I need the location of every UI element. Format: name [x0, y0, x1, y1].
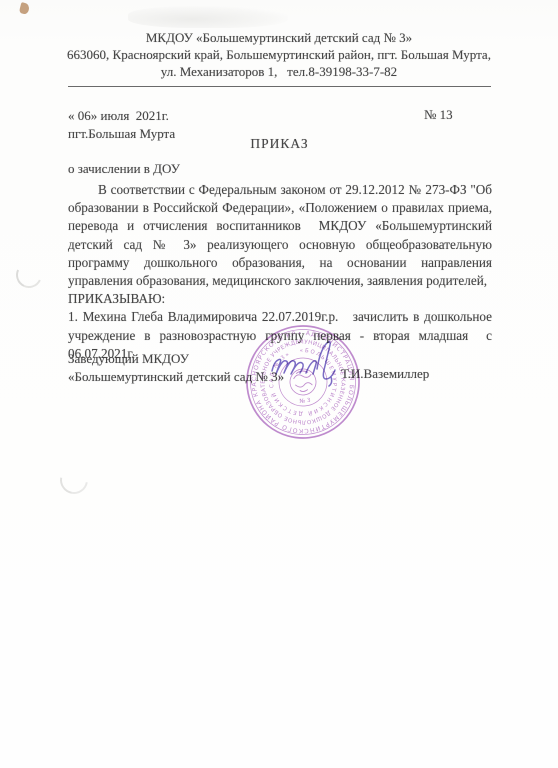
scan-smudge: [128, 6, 288, 28]
letterhead-address: 663060, Красноярский край, Большемуртинс…: [40, 46, 518, 63]
document-title: ПРИКАЗ: [68, 136, 491, 152]
letterhead-street-phone: ул. Механизаторов 1, тел.8-39198-33-7-82: [40, 63, 518, 80]
letterhead-org-name: МКДОУ «Большемуртинский детский сад № 3»: [40, 29, 518, 46]
letterhead: МКДОУ «Большемуртинский детский сад № 3»…: [40, 29, 518, 80]
document-number: № 13: [424, 107, 453, 123]
scan-crescent-mark: [55, 461, 94, 500]
scan-crescent-mark: [12, 258, 45, 291]
decree-word: ПРИКАЗЫВАЮ:: [68, 290, 492, 308]
body-paragraph: В соответствии с Федеральным законом от …: [68, 181, 492, 290]
stamp-center-number: № 3: [299, 398, 311, 405]
document-subject: о зачислении в ДОУ: [68, 161, 180, 177]
signature-scribble: [268, 337, 364, 391]
document-date: « 06» июля 2021г.: [68, 107, 175, 125]
scan-speck: [19, 2, 30, 15]
document-page: МКДОУ «Большемуртинский детский сад № 3»…: [0, 0, 558, 768]
letterhead-divider: [68, 86, 491, 87]
